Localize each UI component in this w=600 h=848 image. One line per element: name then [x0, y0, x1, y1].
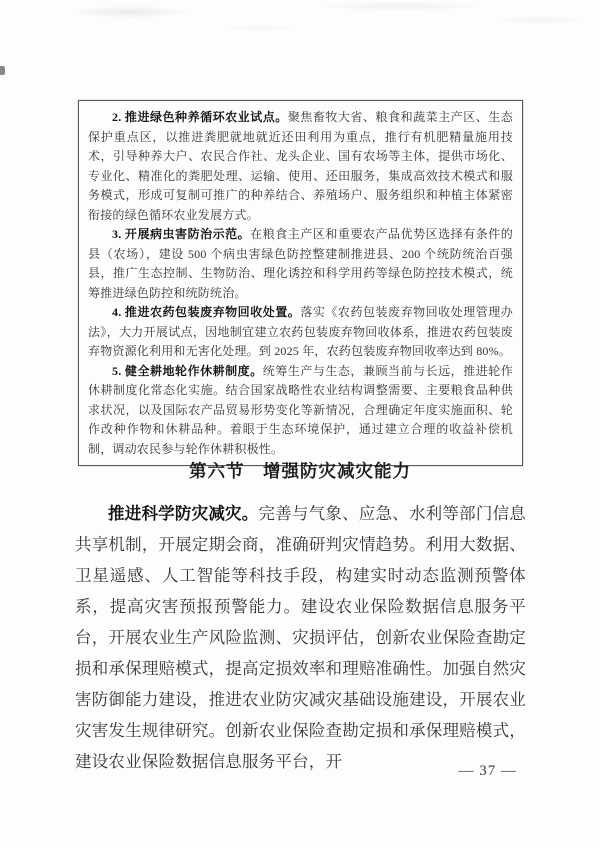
box-item-2: 2. 推进绿色种养循环农业试点。聚焦畜牧大省、粮食和蔬菜主产区、生态保护重点区，… — [88, 108, 513, 225]
scan-speck-artifact — [0, 66, 5, 75]
box-item-3: 3. 开展病虫害防治示范。在粮食主产区和重要农产品优势区选择有条件的县（农场），… — [88, 225, 513, 303]
section-heading: 第六节 增强防灾减灾能力 — [0, 458, 600, 483]
box-item-5: 5. 健全耕地轮作休耕制度。统筹生产与生态，兼顾当前与长远，推进轮作休耕制度化常… — [88, 362, 513, 460]
box-item-4-label: 4. 推进农药包装废弃物回收处置。 — [112, 305, 300, 319]
paragraph-text: 完善与气象、应急、水利等部门信息共享机制，开展定期会商，准确研判灾情趋势。利用大… — [75, 504, 526, 771]
section-paragraph: 推进科学防灾减灾。完善与气象、应急、水利等部门信息共享机制，开展定期会商，准确研… — [75, 498, 526, 777]
box-item-5-label: 5. 健全耕地轮作休耕制度。 — [112, 364, 263, 378]
page-number: — 37 — — [459, 763, 518, 780]
paragraph-lead: 推进科学防灾减灾。 — [108, 504, 258, 523]
box-item-2-text: 聚焦畜牧大省、粮食和蔬菜主产区、生态保护重点区，以推进粪肥就地就近还田利用为重点… — [88, 110, 513, 222]
box-item-3-label: 3. 开展病虫害防治示范。 — [112, 227, 250, 241]
box-item-4: 4. 推进农药包装废弃物回收处置。落实《农药包装废弃物回收处理管理办法》，大力开… — [88, 303, 513, 362]
document-page: 2. 推进绿色种养循环农业试点。聚焦畜牧大省、粮食和蔬菜主产区、生态保护重点区，… — [0, 0, 600, 848]
notice-box: 2. 推进绿色种养循环农业试点。聚焦畜牧大省、粮食和蔬菜主产区、生态保护重点区，… — [78, 100, 523, 466]
scan-noise-artifact — [0, 0, 600, 80]
box-item-2-label: 2. 推进绿色种养循环农业试点。 — [112, 110, 288, 124]
